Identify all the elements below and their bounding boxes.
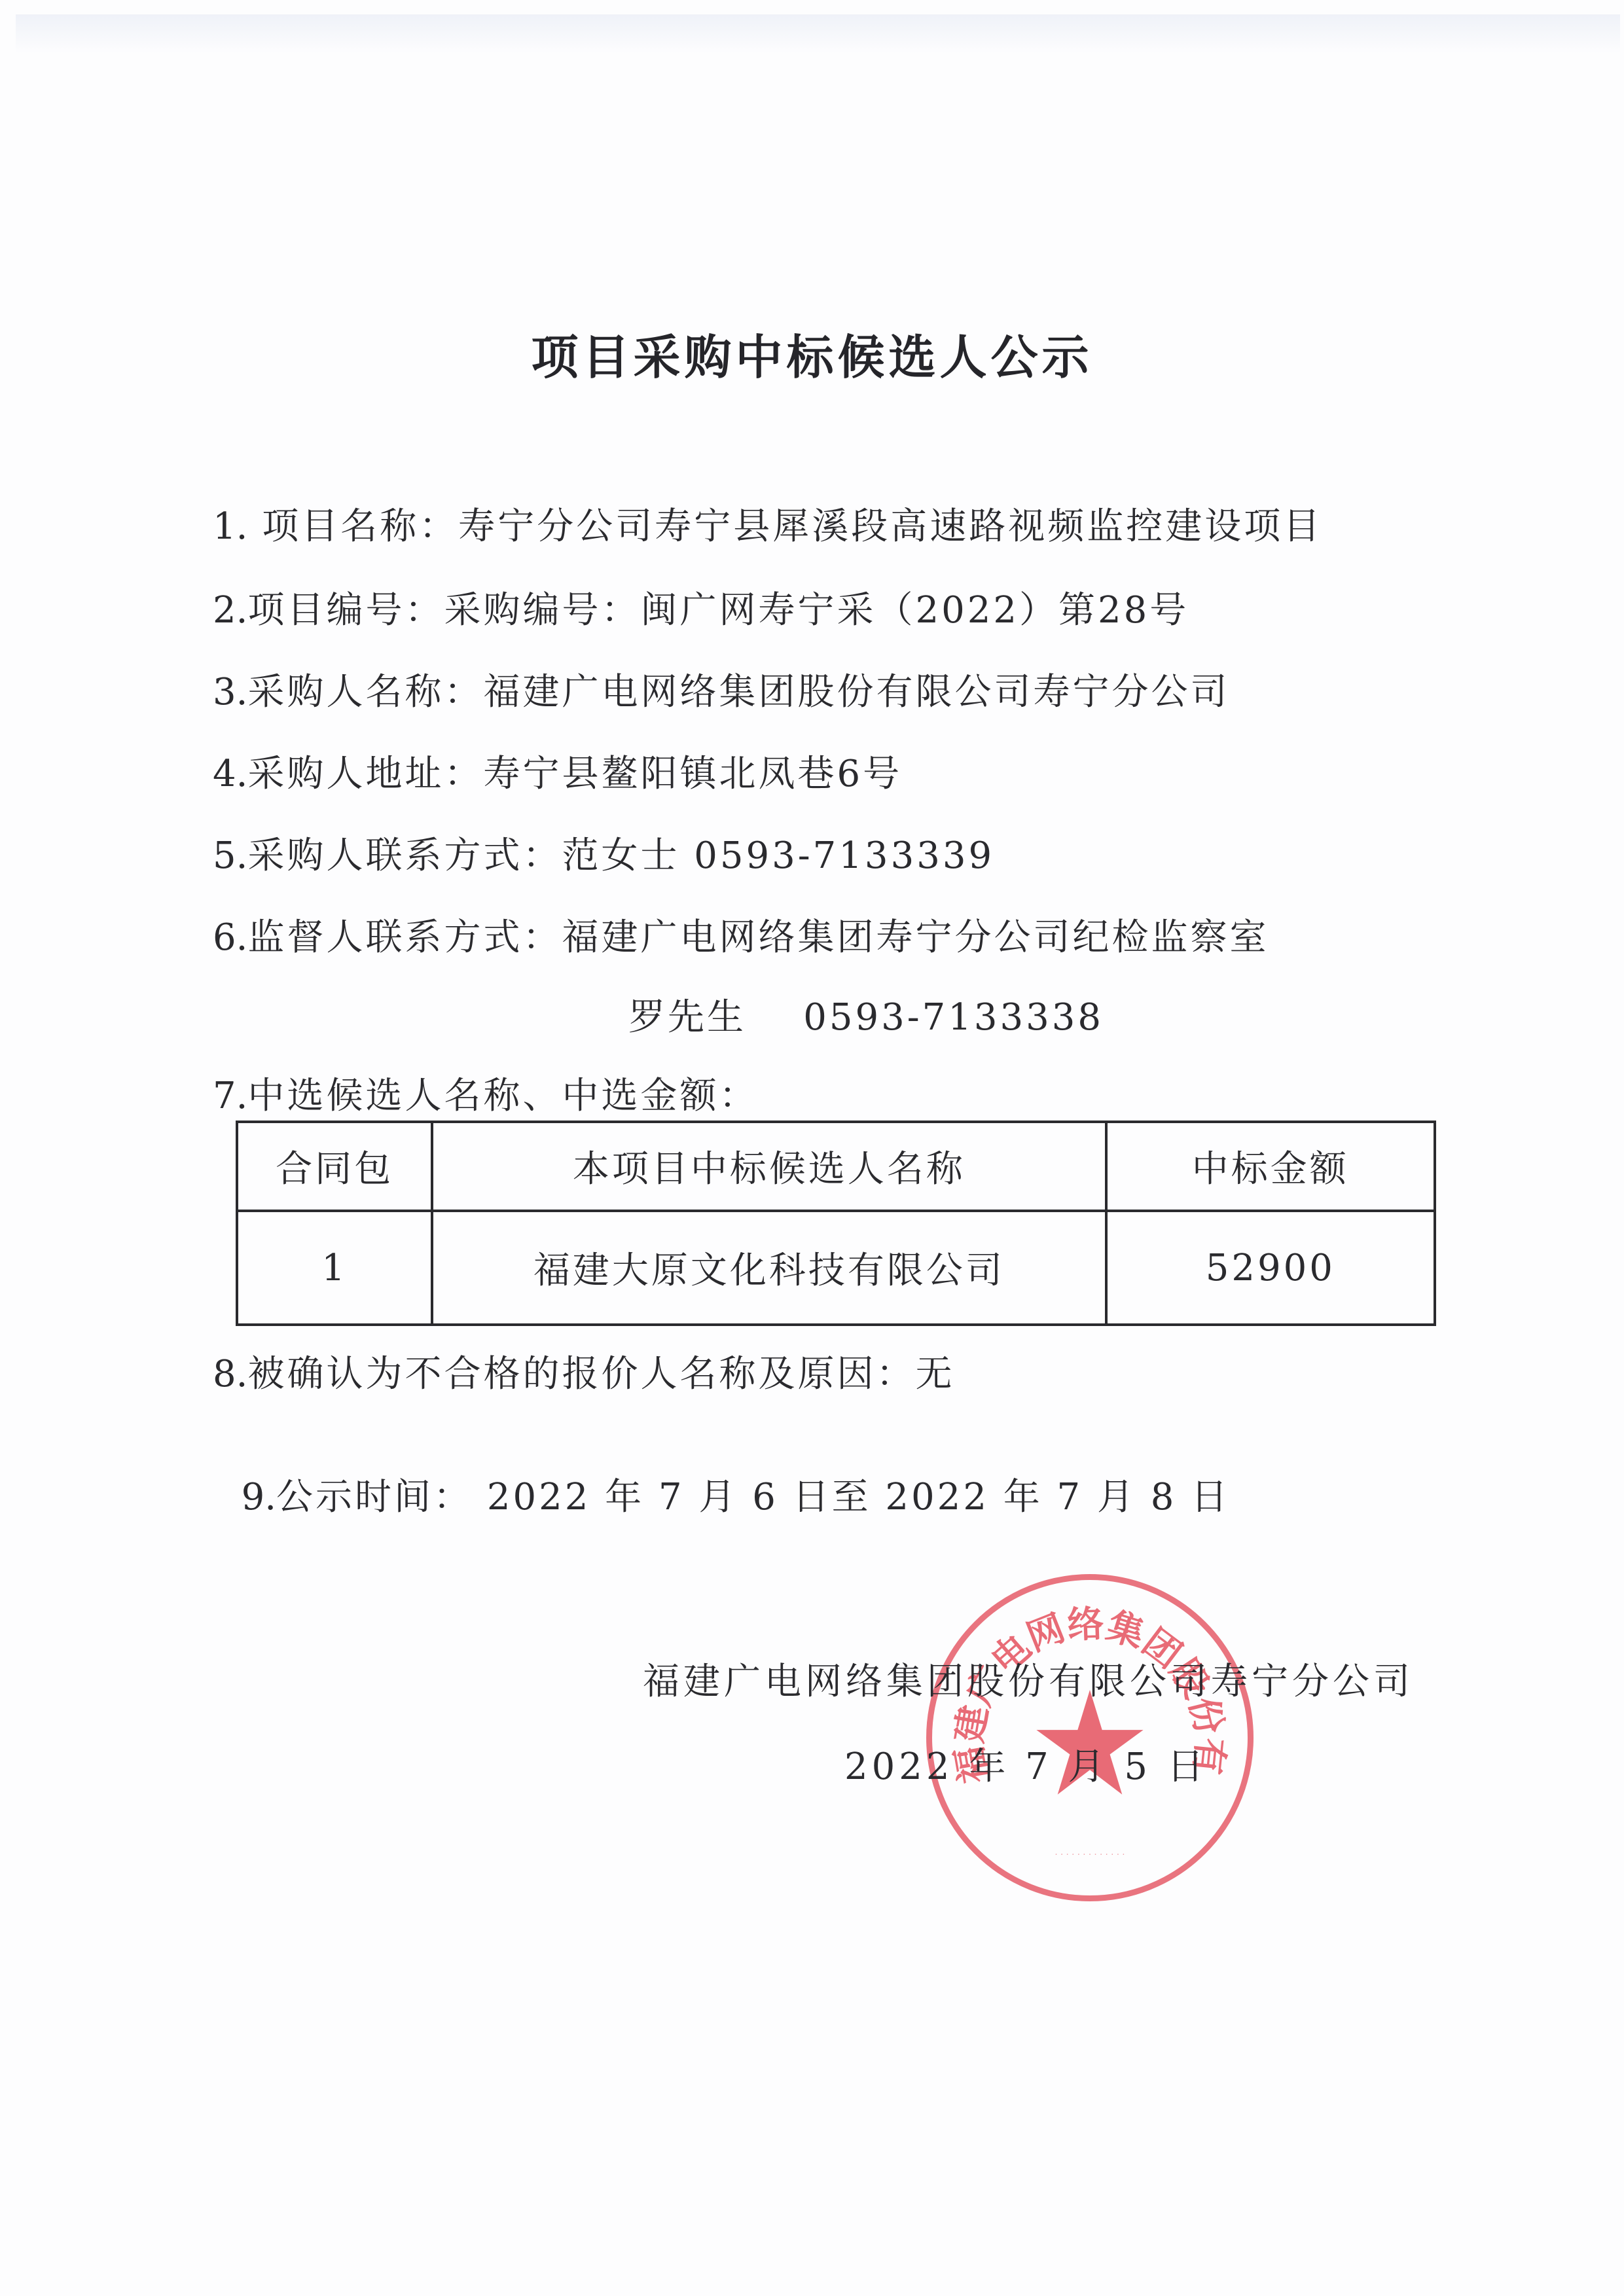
scan-edge-shadow xyxy=(16,14,1620,54)
header-award-amount: 中标金额 xyxy=(1106,1122,1435,1211)
cell-candidate-name: 福建大原文化科技有限公司 xyxy=(432,1211,1106,1325)
item-supervisor-contact: 6.监督人联系方式：福建广电网络集团寿宁分公司纪检监察室 xyxy=(213,908,1269,961)
item-disqualified: 8.被确认为不合格的报价人名称及原因：无 xyxy=(213,1345,954,1397)
page-title: 项目采购中标候选人公示 xyxy=(0,319,1624,387)
item-purchaser-address: 4.采购人地址：寿宁县鳌阳镇北凤巷6号 xyxy=(213,745,902,797)
item-project-name: 1. 项目名称：寿宁分公司寿宁县犀溪段高速路视频监控建设项目 xyxy=(213,497,1322,550)
header-contract-package: 合同包 xyxy=(237,1122,432,1211)
item-purchaser-name: 3.采购人名称：福建广电网络集团股份有限公司寿宁分公司 xyxy=(213,663,1229,715)
signature-organization: 福建广电网络集团股份有限公司寿宁分公司 xyxy=(589,1653,1414,1705)
table-row: 1 福建大原文化科技有限公司 52900 xyxy=(237,1211,1435,1325)
item-project-number: 2.项目编号：采购编号：闽广网寿宁采（2022）第28号 xyxy=(213,581,1189,634)
item-purchaser-contact: 5.采购人联系方式：范女士 0593-7133339 xyxy=(213,827,994,879)
item-publicity-period: 9.公示时间： 2022 年 7 月 6 日至 2022 年 7 月 8 日 xyxy=(213,1426,1230,1520)
cell-contract-package: 1 xyxy=(237,1211,432,1325)
table-header-row: 合同包 本项目中标候选人名称 中标金额 xyxy=(237,1122,1435,1211)
svg-text:· · · · · · · · · · · · ·: · · · · · · · · · · · · · xyxy=(1055,1850,1125,1860)
supervisor-continuation: 罗先生 0593-7133338 xyxy=(628,988,1104,1041)
award-table: 合同包 本项目中标候选人名称 中标金额 1 福建大原文化科技有限公司 52900 xyxy=(236,1121,1436,1326)
item-award-heading: 7.中选候选人名称、中选金额： xyxy=(213,1067,758,1119)
header-candidate-name: 本项目中标候选人名称 xyxy=(432,1122,1106,1211)
cell-award-amount: 52900 xyxy=(1106,1211,1435,1325)
signature-date: 2022 年 7 月 5 日 xyxy=(844,1738,1208,1790)
